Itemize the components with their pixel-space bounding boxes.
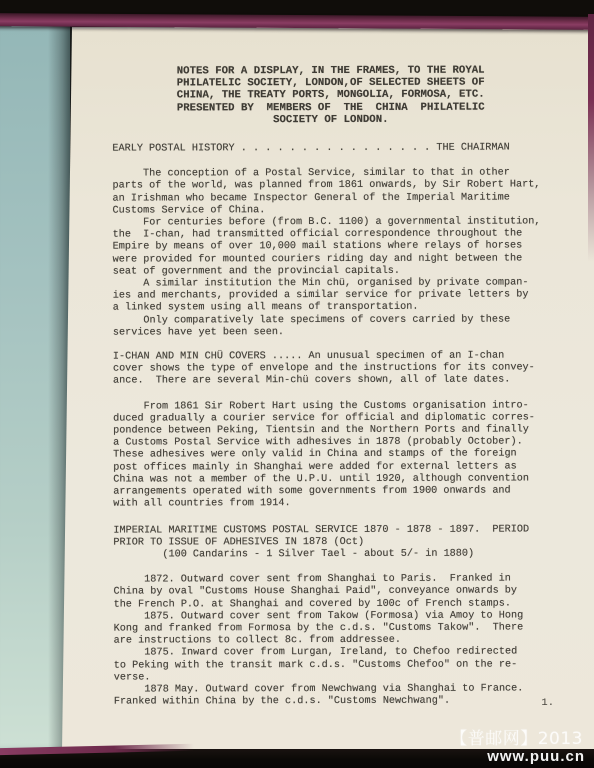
section-imperial-maritime-customs: IMPERIAL MARITIME CUSTOMS POSTAL SERVICE… <box>113 524 550 562</box>
page-number: 1. <box>541 697 554 709</box>
section-ichan-min-chu-covers: I-CHAN AND MIN CHÜ COVERS ..... An unusu… <box>113 350 550 388</box>
paragraph-ichan-history: For centuries before (from B.C. 1100) a … <box>113 216 550 278</box>
paragraph-postal-conception: The conception of a Postal Service, simi… <box>112 168 549 218</box>
watermark-badge: 【普邮网】2013 <box>450 724 583 749</box>
display-title: NOTES FOR A DISPLAY, IN THE FRAMES, TO T… <box>112 64 549 126</box>
chairman-heading-line: EARLY POSTAL HISTORY . . . . . . . . . .… <box>112 142 549 155</box>
paragraph-from-1861: From 1861 Sir Robert Hart using the Cust… <box>113 400 550 511</box>
book-cover-right-edge <box>588 14 594 262</box>
typed-content: NOTES FOR A DISPLAY, IN THE FRAMES, TO T… <box>112 64 551 708</box>
paragraph-min-chu: A similar institution the Min chü, organ… <box>113 277 550 315</box>
paragraph-late-specimens: Only comparatively late specimens of cov… <box>113 314 550 340</box>
typewritten-page: NOTES FOR A DISPLAY, IN THE FRAMES, TO T… <box>60 27 594 752</box>
cover-entries-list: 1872. Outward cover sent from Shanghai t… <box>113 574 550 709</box>
scanned-book-photo: NOTES FOR A DISPLAY, IN THE FRAMES, TO T… <box>0 0 594 768</box>
watermark-url: www.puu.cn <box>487 748 585 765</box>
